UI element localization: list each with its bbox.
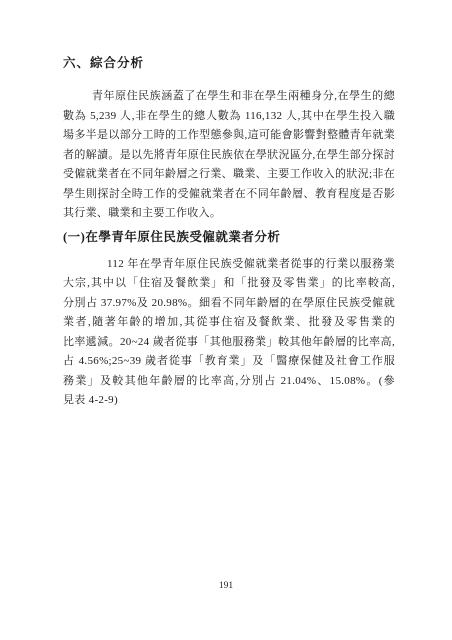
subsection-heading: (一)在學青年原住民族受僱就業者分析 [63,229,395,245]
body-line: 占 4.56%;25~39 歲者從事「教育業」及「醫療保健及社會工作服 [63,352,395,372]
document-page: 六、綜合分析 青年原住民族涵蓋了在學生和非在學生兩種身分,在學生的總人 數為 5… [0,0,452,640]
section-heading: 六、綜合分析 [63,55,395,71]
body-line: 其行業、職業和主要工作收入。 [63,204,395,224]
body-line: 受僱就業者在不同年齡層之行業、職業、主要工作收入的狀況;非在 [63,165,395,185]
body-line: 大宗,其中以「住宿及餐飲業」和「批發及零售業」的比率較高, [63,274,395,294]
paragraph-overview: 青年原住民族涵蓋了在學生和非在學生兩種身分,在學生的總人 數為 5,239 人,… [63,87,395,224]
body-line: 場多半是以部分工時的工作型態參與,這可能會影響對整體青年就業 [63,126,395,146]
page-content: 六、綜合分析 青年原住民族涵蓋了在學生和非在學生兩種身分,在學生的總人 數為 5… [63,55,395,411]
body-line: 數為 5,239 人,非在學生的總人數為 116,132 人,其中在學生投入職 [63,107,395,127]
body-line: 112 年在學青年原住民族受僱就業者從事的行業以服務業為 [63,255,395,275]
body-line: 務業」及較其他年齡層的比率高,分別占 21.04%、15.08%。(參 [63,372,395,392]
paragraph-analysis: 112 年在學青年原住民族受僱就業者從事的行業以服務業為 大宗,其中以「住宿及餐… [63,255,395,411]
body-line: 青年原住民族涵蓋了在學生和非在學生兩種身分,在學生的總人 [63,87,395,107]
body-line: 比率遞減。20~24 歲者從事「其他服務業」較其他年齡層的比率高, [63,333,395,353]
body-line: 見表 4-2-9) [63,391,395,411]
page-number: 191 [0,580,452,592]
body-line: 者的解讀。是以先將青年原住民族依在學狀況區分,在學生部分探討 [63,146,395,166]
body-line: 業者,隨著年齡的增加,其從事住宿及餐飲業、批發及零售業的 [63,313,395,333]
body-line: 學生則探討全時工作的受僱就業者在不同年齡層、教育程度是否影響 [63,185,395,205]
body-line: 分別占 37.97%及 20.98%。細看不同年齡層的在學原住民族受僱就 [63,294,395,314]
